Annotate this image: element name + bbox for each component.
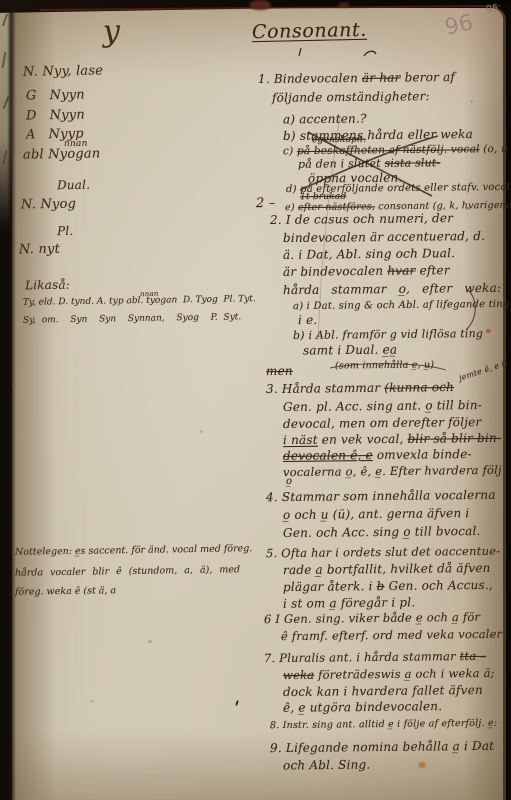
stain [148, 640, 152, 643]
manuscript-line: 6 I Gen. sing. viker både e̲ och a̲ för [264, 610, 480, 626]
manuscript-line: och Abl. Sing. [283, 758, 371, 773]
binding-crease [7, 0, 16, 800]
manuscript-line: samt i Dual. e̲a̲ [303, 343, 397, 358]
manuscript-line: i näst en vek vocal, blir så blir bin- [283, 431, 501, 447]
manuscript-line: ê framf. efterf. ord med veka vocaler [281, 627, 502, 643]
manuscript-line: weka företrädeswis a̲ och i weka ä; [283, 666, 495, 682]
manuscript-line: 7. Pluralis ant. i hårda stammar tta – [264, 649, 486, 665]
manuscript-line: N. Nyog [21, 197, 76, 213]
insertion-annotation: (som innehålla e̲, u̲) [335, 359, 434, 371]
plural-label: Pl. [57, 224, 74, 238]
manuscript-line: rade a̲ bortfallit, hvilket då äfven [283, 561, 491, 577]
manuscript-line: 5. Ofta har i ordets slut det oaccentue- [266, 544, 500, 560]
manuscript-line: G Nyyn [26, 88, 85, 104]
stain [486, 329, 491, 333]
photographed-manuscript: 95 96 y N. Nyy, lase G Nyyn D Nyyn A Nyy… [0, 0, 511, 800]
manuscript-line: är bindevocalen hvar efter [283, 263, 450, 279]
page-number-small: 95 [485, 3, 499, 16]
stain [338, 2, 350, 8]
prev-page-writing-mark [2, 52, 6, 68]
manuscript-line: 1. Bindevocalen är har beror af [258, 70, 455, 86]
margin-number: 2 – [256, 196, 276, 211]
manuscript-line: bindevocalen är accentuerad, d. [283, 229, 485, 245]
manuscript-line: D Nyyn [26, 108, 85, 124]
manuscript-line: o̲ och u̲ (ü), ant. gerna äfven i [283, 506, 470, 522]
manuscript-line: 2. I de casus och numeri, der [270, 211, 453, 227]
manuscript-line: ä. i Dat, Abl. sing och Dual. [283, 246, 455, 262]
manuscript-line: o̲ [286, 476, 292, 487]
stain [470, 100, 473, 103]
manuscript-line: men [266, 364, 293, 378]
manuscript-line: Gen. pl. Acc. sing ant. o̲ till bin- [283, 398, 482, 414]
manuscript-line: 3. Hårda stammar (kunna och [266, 380, 454, 396]
stain [200, 430, 203, 433]
manuscript-line: N. nyt [19, 242, 60, 258]
likewise-label: Likaså: [25, 278, 70, 293]
manuscript-line: a) i Dat. sing & och Abl. af lifegande t… [293, 299, 510, 312]
manuscript-line: 4. Stammar som innehålla vocalerna [266, 488, 496, 504]
dual-label: Dual. [57, 178, 90, 193]
manuscript-line: plägar återk. i b Gen. och Accus., [283, 578, 493, 594]
manuscript-line: i e. [298, 313, 318, 327]
manuscript-line: vocalerna o̲, ê, e̲. Efter hvardera följ [283, 463, 502, 479]
stain [249, 0, 271, 10]
manuscript-line: ê, e̲ utgöra bindevocalen. [283, 699, 442, 715]
manuscript-line: på den i slutet sista slut- [298, 156, 441, 170]
manuscript-line: devocalen ê, e omvexla binde- [283, 447, 472, 463]
manuscript-line: abl Nyogan [23, 146, 101, 162]
manuscript-line: hårda stammar o̲, efter weka: [283, 281, 501, 297]
manuscript-line: Gen. och Acc. sing o̲ till bvocal. [283, 524, 481, 540]
stain [12, 383, 16, 387]
manuscript-line: N. Nyy, lase [23, 63, 103, 79]
manuscript-line: i st om a̲ föregår i pl. [283, 595, 415, 610]
left-header-letter: y [103, 14, 121, 49]
manuscript-line: c) på beskaffheten af nästfölj. vocal (o… [283, 143, 511, 158]
margin-annotation: föreg. weka ê (st ä, a [15, 585, 116, 598]
manuscript-line: 9. Lifegande nomina behålla a̲ i Dat [270, 739, 494, 755]
manuscript-line: devocal, men om derefter följer [283, 415, 482, 431]
manuscript-line: a) accenten.? [283, 112, 367, 127]
manuscript-line: dock kan i hvardera fallet äfven [283, 683, 483, 699]
insertion-annotation: 1t brukad [300, 192, 347, 202]
stain [90, 700, 94, 703]
superscript-annotation: nnan [64, 139, 88, 149]
manuscript-line: b) i Abl. framför g vid liflösa ting [293, 327, 483, 342]
superscript-annotation: nnan [140, 290, 159, 298]
page-title: Consonant. [252, 19, 367, 43]
stain [418, 762, 426, 768]
manuscript-line: följande omständigheter: [272, 89, 430, 105]
